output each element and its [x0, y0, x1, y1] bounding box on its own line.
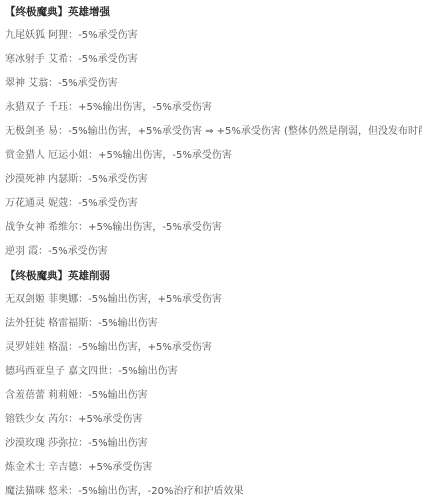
patch-note-line: 逆羽 霞：-5%承受伤害 — [5, 240, 422, 264]
patch-notes-document: 【终极魔典】英雄增强九尾妖狐 阿狸：-5%承受伤害寒冰射手 艾希：-5%承受伤害… — [0, 0, 426, 500]
patch-note-line: 万花通灵 妮蔻：-5%承受伤害 — [5, 192, 422, 216]
patch-note-line: 无双剑姬 菲奥娜：-5%输出伤害，+5%承受伤害 — [5, 288, 422, 312]
patch-note-line: 沙漠玫瑰 莎弥拉：-5%输出伤害 — [5, 432, 422, 456]
section-heading: 【终极魔典】英雄削弱 — [5, 264, 422, 288]
section-heading: 【终极魔典】英雄增强 — [5, 0, 422, 24]
patch-note-line: 沙漠死神 内瑟斯：-5%承受伤害 — [5, 168, 422, 192]
patch-note-line: 翠神 艾翁：-5%承受伤害 — [5, 72, 422, 96]
patch-note-line: 无极剑圣 易：-5%输出伤害，+5%承受伤害 ⇒ +5%承受伤害 (整体仍然是削… — [5, 120, 422, 144]
patch-note-line: 法外狂徒 格雷福斯：-5%输出伤害 — [5, 312, 422, 336]
patch-note-line: 德玛西亚皇子 嘉文四世：-5%输出伤害 — [5, 360, 422, 384]
patch-section: 【终极魔典】英雄增强九尾妖狐 阿狸：-5%承受伤害寒冰射手 艾希：-5%承受伤害… — [5, 0, 422, 264]
patch-note-line: 含羞蓓蕾 莉莉娅：-5%输出伤害 — [5, 384, 422, 408]
patch-note-line: 九尾妖狐 阿狸：-5%承受伤害 — [5, 24, 422, 48]
patch-note-line: 镕铁少女 芮尔：+5%承受伤害 — [5, 408, 422, 432]
patch-note-line: 魔法猫咪 悠米：-5%输出伤害，-20%治疗和护盾效果 — [5, 480, 422, 500]
patch-note-line: 战争女神 希维尔：+5%输出伤害，-5%承受伤害 — [5, 216, 422, 240]
patch-note-line: 寒冰射手 艾希：-5%承受伤害 — [5, 48, 422, 72]
patch-note-line: 赏金猎人 厄运小姐：+5%输出伤害，-5%承受伤害 — [5, 144, 422, 168]
patch-note-line: 永猎双子 千珏：+5%输出伤害，-5%承受伤害 — [5, 96, 422, 120]
patch-note-line: 灵罗娃娃 格温：-5%输出伤害，+5%承受伤害 — [5, 336, 422, 360]
patch-note-line: 炼金术士 辛吉德：+5%承受伤害 — [5, 456, 422, 480]
patch-section: 【终极魔典】英雄削弱无双剑姬 菲奥娜：-5%输出伤害，+5%承受伤害法外狂徒 格… — [5, 264, 422, 500]
